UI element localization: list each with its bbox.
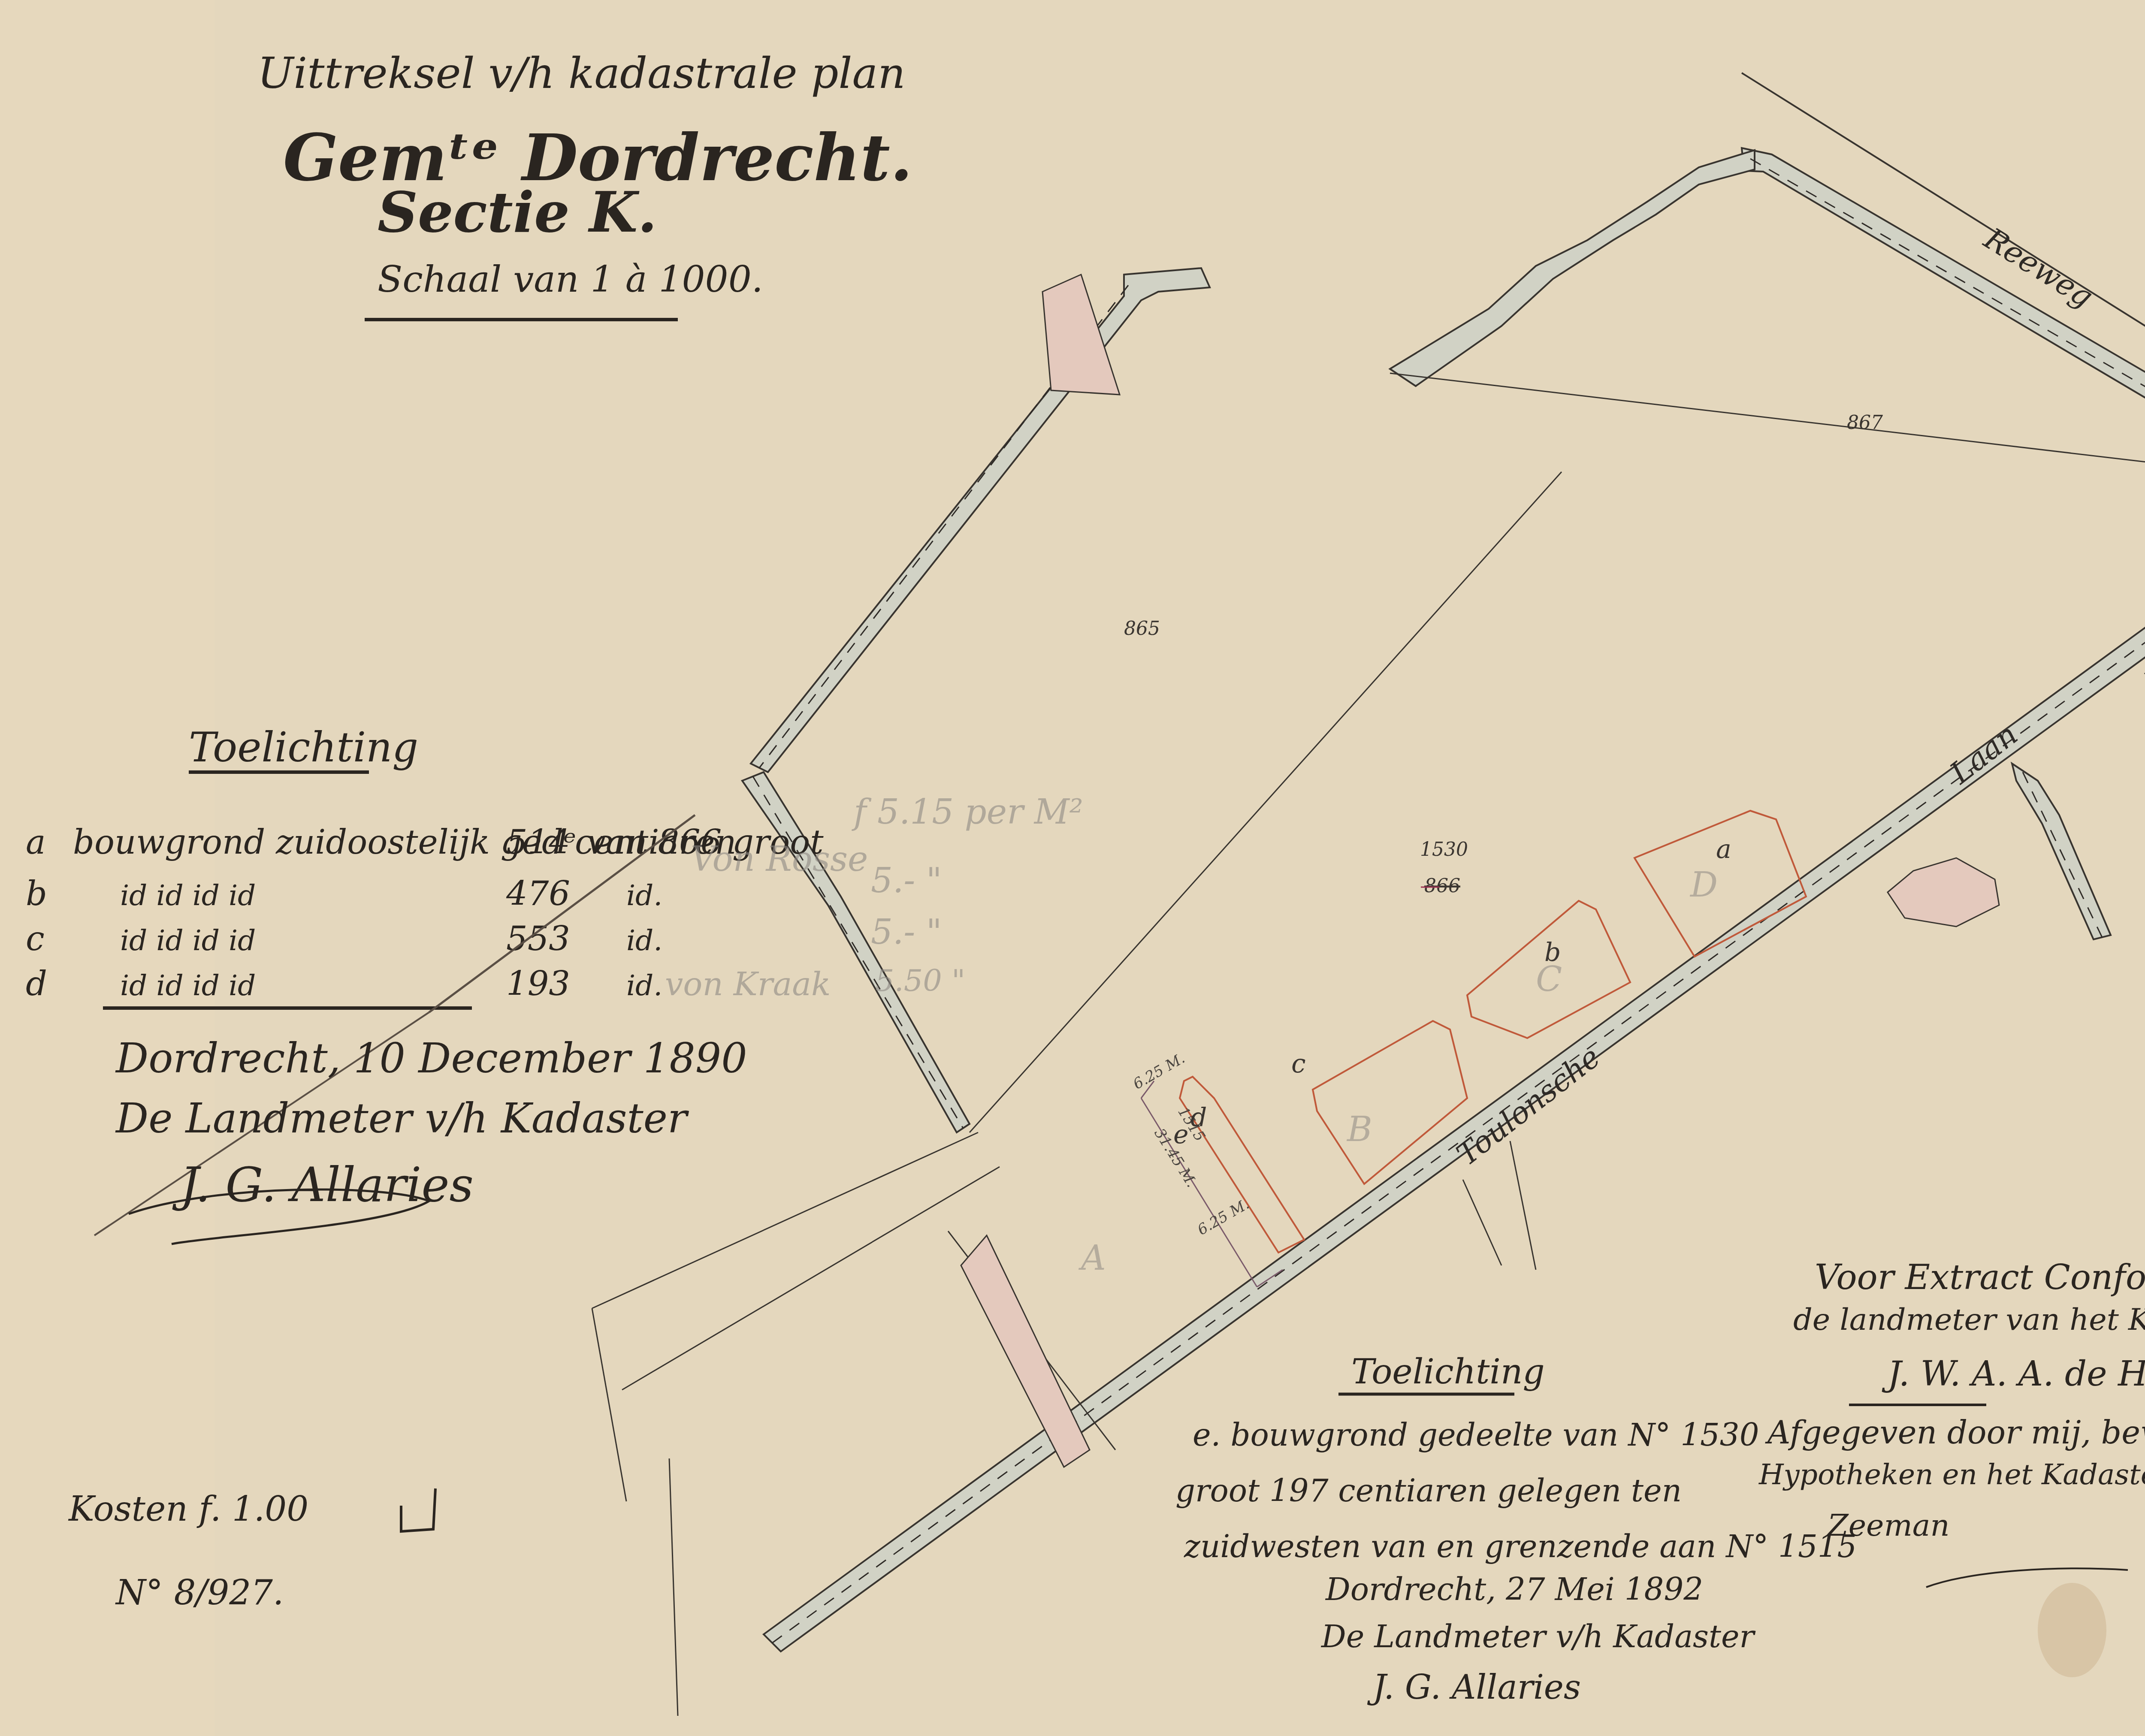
svg-text:id.: id. [626,969,662,1002]
svg-text:zuidwesten van en grenzende aa: zuidwesten van en grenzende aan N° 1515 [1184,1528,1857,1564]
title-line-3: Sectie K. [378,179,657,245]
lot-c-label: c [1291,1049,1306,1079]
cadastral-map: 865 867 1530 866 1515 a b c d e 6.25 M. … [0,0,2145,1736]
svg-text:id id id id: id id id id [120,924,256,957]
parcel-866-label: 866 [1424,875,1460,897]
svg-text:553: 553 [506,920,570,958]
svg-text:id id id id: id id id id [120,969,256,1002]
lot-a-label: a [1716,834,1731,864]
svg-text:B: B [1346,1109,1372,1149]
legend-bottom-signature: J. G. Allaries [1367,1668,1581,1707]
cadastral-sheet: 865 867 1530 866 1515 a b c d e 6.25 M. … [0,0,2145,1736]
svg-text:c: c [26,920,45,958]
title-line-1: Uittreksel v/h kadastrale plan [257,48,906,98]
legend-left-heading: Toelichting [189,724,418,771]
svg-text:von Kraak: von Kraak [665,965,831,1003]
svg-text:b: b [26,875,47,913]
svg-text:A: A [1078,1238,1106,1278]
document-number: N° 8/927. [115,1573,284,1612]
parcel-865-label: 865 [1124,618,1160,640]
svg-text:Hypotheken en het Kadaster te: Hypotheken en het Kadaster te Dordrecht … [1758,1458,2145,1491]
svg-text:Dordrecht, 27 Mei 1892: Dordrecht, 27 Mei 1892 [1325,1571,1703,1607]
svg-text:a: a [26,823,46,862]
svg-text:groot 197 centiaren gelegen te: groot 197 centiaren gelegen ten [1175,1473,1682,1509]
svg-text:de landmeter van het Kadaster: de landmeter van het Kadaster [1793,1302,2145,1337]
svg-text:Voor Extract Conform: Voor Extract Conform [1815,1257,2145,1297]
svg-text:5.50 ": 5.50 " [875,963,965,998]
svg-text:5.- ": 5.- " [871,860,942,900]
certification-signature-2: Zeeman [1827,1508,1950,1543]
svg-text:d: d [26,965,47,1003]
svg-text:C: C [1536,959,1562,999]
stain [2038,1583,2106,1677]
legend-left-signature: J. G. Allaries [172,1157,474,1212]
svg-text:5.- ": 5.- " [871,912,942,952]
svg-text:476: 476 [506,875,570,913]
svg-text:D: D [1689,865,1718,905]
svg-text:f 5.15 per M²: f 5.15 per M² [852,792,1083,832]
legend-left-role: De Landmeter v/h Kadaster [115,1095,689,1142]
svg-text:id.: id. [626,924,662,957]
legend-bottom-heading: Toelichting [1351,1352,1545,1392]
svg-text:193: 193 [506,965,570,1003]
svg-text:Afgegeven door mij, bewaarder: Afgegeven door mij, bewaarder van de [1765,1414,2145,1451]
certification-signature: J. W. A. A. de Haan [1882,1354,2145,1394]
svg-text:e. bouwgrond gedeelte van N° 1: e. bouwgrond gedeelte van N° 1530 [1193,1417,1759,1453]
svg-text:De Landmeter v/h Kadaster: De Landmeter v/h Kadaster [1320,1618,1756,1654]
lot-d-label: d [1190,1102,1207,1132]
cost-note: Kosten f. 1.00 [68,1489,308,1529]
title-line-4: Schaal van 1 à 1000. [378,258,763,301]
legend-left-date: Dordrecht, 10 December 1890 [115,1035,747,1082]
svg-text:id id id id: id id id id [120,879,256,912]
svg-text:id.: id. [626,879,662,912]
parcel-1530-label: 1530 [1420,839,1468,860]
parcel-867-label: 867 [1847,412,1883,434]
svg-text:Von Rosse: Von Rosse [691,839,868,879]
svg-text:514: 514 [506,823,570,862]
